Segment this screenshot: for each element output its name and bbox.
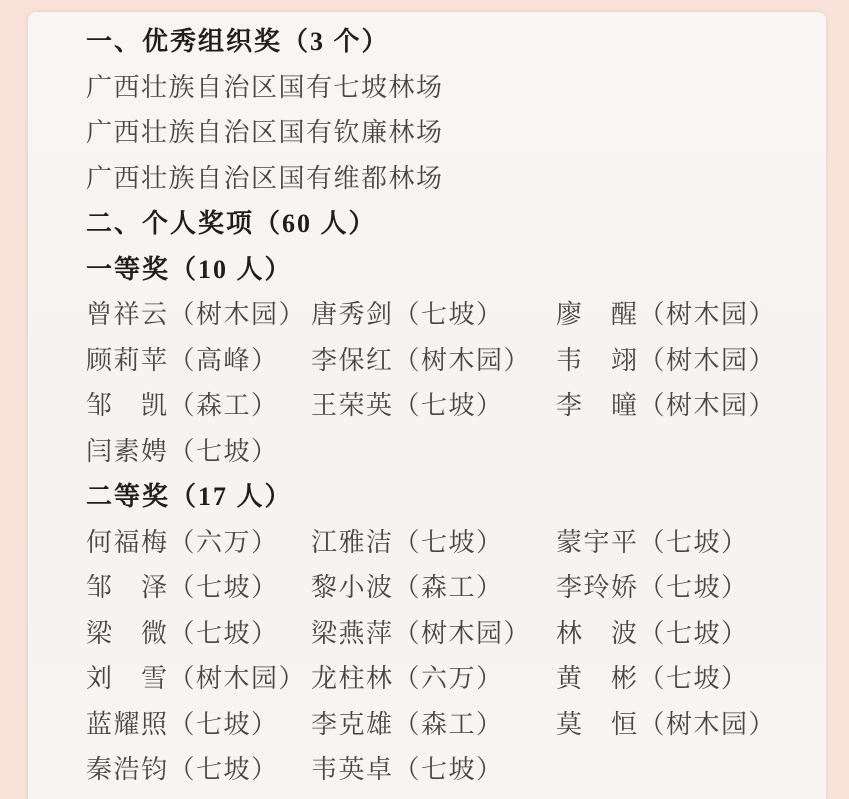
first-prize-heading: 一等奖（10 人） bbox=[86, 245, 816, 291]
org-name: 广西壮族自治区国有维都林场 bbox=[86, 154, 816, 200]
document-content: 一、优秀组织奖（3 个） 广西壮族自治区国有七坡林场 广西壮族自治区国有钦廉林场… bbox=[28, 12, 826, 791]
awardee: 韦英卓（七坡） bbox=[311, 749, 556, 786]
awardee: 唐秀剑（七坡） bbox=[311, 294, 556, 331]
awardee: 李玲娇（七坡） bbox=[556, 567, 816, 604]
awardee: 闫素娉（七坡） bbox=[86, 431, 311, 468]
awardee: 秦浩钧（七坡） bbox=[86, 749, 311, 786]
awardee: 林 波（七坡） bbox=[556, 613, 816, 650]
awardee: 邹 凯（森工） bbox=[86, 385, 311, 422]
award-row: 秦浩钧（七坡） 韦英卓（七坡） bbox=[86, 745, 816, 791]
awardee: 梁 微（七坡） bbox=[86, 613, 311, 650]
screenshot-root: { "page": { "background_color": "#f9e2da… bbox=[0, 0, 849, 799]
award-row: 顾莉苹（高峰） 李保红（树木园） 韦 翊（树木园） bbox=[86, 336, 816, 382]
second-prize-heading: 二等奖（17 人） bbox=[86, 472, 816, 518]
award-row: 蓝耀照（七坡） 李克雄（森工） 莫 恒（树木园） bbox=[86, 700, 816, 746]
awardee: 王荣英（七坡） bbox=[311, 385, 556, 422]
photo-background: 一、优秀组织奖（3 个） 广西壮族自治区国有七坡林场 广西壮族自治区国有钦廉林场… bbox=[0, 0, 849, 799]
awardee: 江雅洁（七坡） bbox=[311, 522, 556, 559]
awardee: 廖 醒（树木园） bbox=[556, 294, 816, 331]
document-page: 一、优秀组织奖（3 个） 广西壮族自治区国有七坡林场 广西壮族自治区国有钦廉林场… bbox=[28, 12, 826, 799]
awardee: 龙柱林（六万） bbox=[311, 658, 556, 695]
awardee: 李保红（树木园） bbox=[311, 340, 556, 377]
awardee: 何福梅（六万） bbox=[86, 522, 311, 559]
awardee: 梁燕萍（树木园） bbox=[311, 613, 556, 650]
org-name: 广西壮族自治区国有钦廉林场 bbox=[86, 108, 816, 154]
awardee: 刘 雪（树木园） bbox=[86, 658, 311, 695]
awardee: 莫 恒（树木园） bbox=[556, 704, 816, 741]
awardee: 蓝耀照（七坡） bbox=[86, 704, 311, 741]
award-row: 梁 微（七坡） 梁燕萍（树木园） 林 波（七坡） bbox=[86, 609, 816, 655]
awardee: 黎小波（森工） bbox=[311, 567, 556, 604]
awardee: 李 曈（树木园） bbox=[556, 385, 816, 422]
awardee: 邹 泽（七坡） bbox=[86, 567, 311, 604]
awardee: 韦 翊（树木园） bbox=[556, 340, 816, 377]
award-row: 何福梅（六万） 江雅洁（七坡） 蒙宇平（七坡） bbox=[86, 518, 816, 564]
award-row: 曾祥云（树木园） 唐秀剑（七坡） 廖 醒（树木园） bbox=[86, 290, 816, 336]
awardee: 顾莉苹（高峰） bbox=[86, 340, 311, 377]
awardee: 黄 彬（七坡） bbox=[556, 658, 816, 695]
awardee: 李克雄（森工） bbox=[311, 704, 556, 741]
individual-awards-heading: 二、个人奖项（60 人） bbox=[86, 199, 816, 245]
award-row: 闫素娉（七坡） bbox=[86, 427, 816, 473]
org-name: 广西壮族自治区国有七坡林场 bbox=[86, 63, 816, 109]
award-row: 刘 雪（树木园） 龙柱林（六万） 黄 彬（七坡） bbox=[86, 654, 816, 700]
award-row: 邹 凯（森工） 王荣英（七坡） 李 曈（树木园） bbox=[86, 381, 816, 427]
award-row: 邹 泽（七坡） 黎小波（森工） 李玲娇（七坡） bbox=[86, 563, 816, 609]
awardee: 蒙宇平（七坡） bbox=[556, 522, 816, 559]
awardee: 曾祥云（树木园） bbox=[86, 294, 311, 331]
org-award-heading: 一、优秀组织奖（3 个） bbox=[86, 17, 816, 63]
